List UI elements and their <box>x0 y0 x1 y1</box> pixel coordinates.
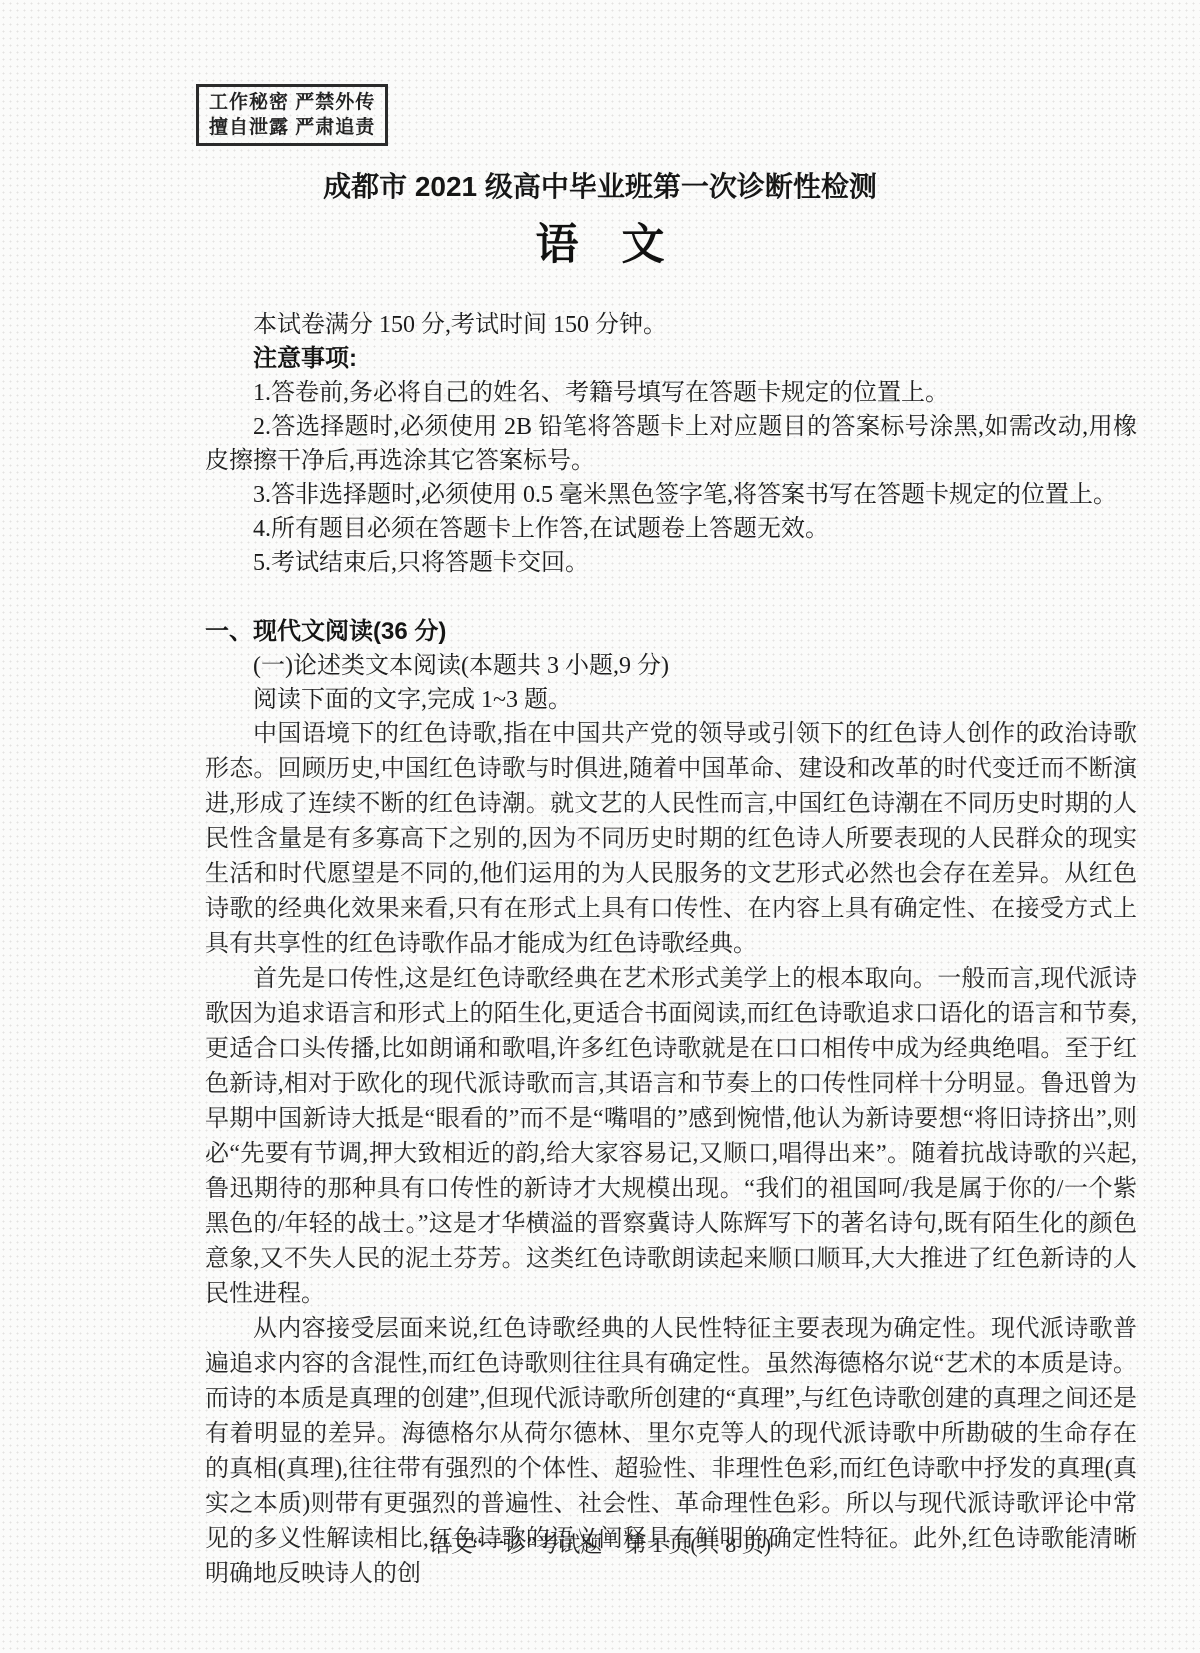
reading-passage: 中国语境下的红色诗歌,指在中国共产党的领导或引领下的红色诗人创作的政治诗歌形态。… <box>205 717 1137 1592</box>
security-stamp-line1: 工作秘密 严禁外传 <box>209 90 375 115</box>
security-stamp: 工作秘密 严禁外传 擅自泄露 严肃追责 <box>196 84 388 146</box>
notice-item: 1.答卷前,务必将自己的姓名、考籍号填写在答题卡规定的位置上。 <box>205 376 1137 410</box>
notice-item: 3.答非选择题时,必须使用 0.5 毫米黑色签字笔,将答案书写在答题卡规定的位置… <box>205 478 1137 512</box>
security-stamp-line2: 擅自泄露 严肃追责 <box>209 115 375 140</box>
notice-heading: 注意事项: <box>205 342 1137 376</box>
section-heading: 一、现代文阅读(36 分) <box>205 615 1137 649</box>
reading-instruction: 阅读下面的文字,完成 1~3 题。 <box>205 683 1137 717</box>
paper-body: 本试卷满分 150 分,考试时间 150 分钟。 注意事项: 1.答卷前,务必将… <box>205 308 1137 1592</box>
passage-paragraph: 首先是口传性,这是红色诗歌经典在艺术形式美学上的根本取向。一般而言,现代派诗歌因… <box>205 962 1137 1312</box>
notice-item: 4.所有题目必须在答题卡上作答,在试题卷上答题无效。 <box>205 512 1137 546</box>
exam-info: 本试卷满分 150 分,考试时间 150 分钟。 <box>205 308 1137 342</box>
notice-item: 2.答选择题时,必须使用 2B 铅笔将答题卡上对应题目的答案标号涂黑,如需改动,… <box>205 410 1137 478</box>
exam-paper-page: 工作秘密 严禁外传 擅自泄露 严肃追责 成都市 2021 级高中毕业班第一次诊断… <box>0 0 1200 1653</box>
subject-title: 语 文 <box>0 220 1200 270</box>
section-modern-reading: 一、现代文阅读(36 分) (一)论述类文本阅读(本题共 3 小题,9 分) 阅… <box>205 615 1137 1592</box>
passage-paragraph: 中国语境下的红色诗歌,指在中国共产党的领导或引领下的红色诗人创作的政治诗歌形态。… <box>205 717 1137 962</box>
subsection-heading: (一)论述类文本阅读(本题共 3 小题,9 分) <box>205 649 1137 683</box>
notice-item: 5.考试结束后,只将答题卡交回。 <box>205 546 1137 580</box>
page-footer: 语文“一诊”考试题 第 1 页(共 8 页) <box>0 1528 1200 1559</box>
paper-header: 成都市 2021 级高中毕业班第一次诊断性检测 语 文 <box>0 0 1200 270</box>
exam-title: 成都市 2021 级高中毕业班第一次诊断性检测 <box>0 170 1200 204</box>
